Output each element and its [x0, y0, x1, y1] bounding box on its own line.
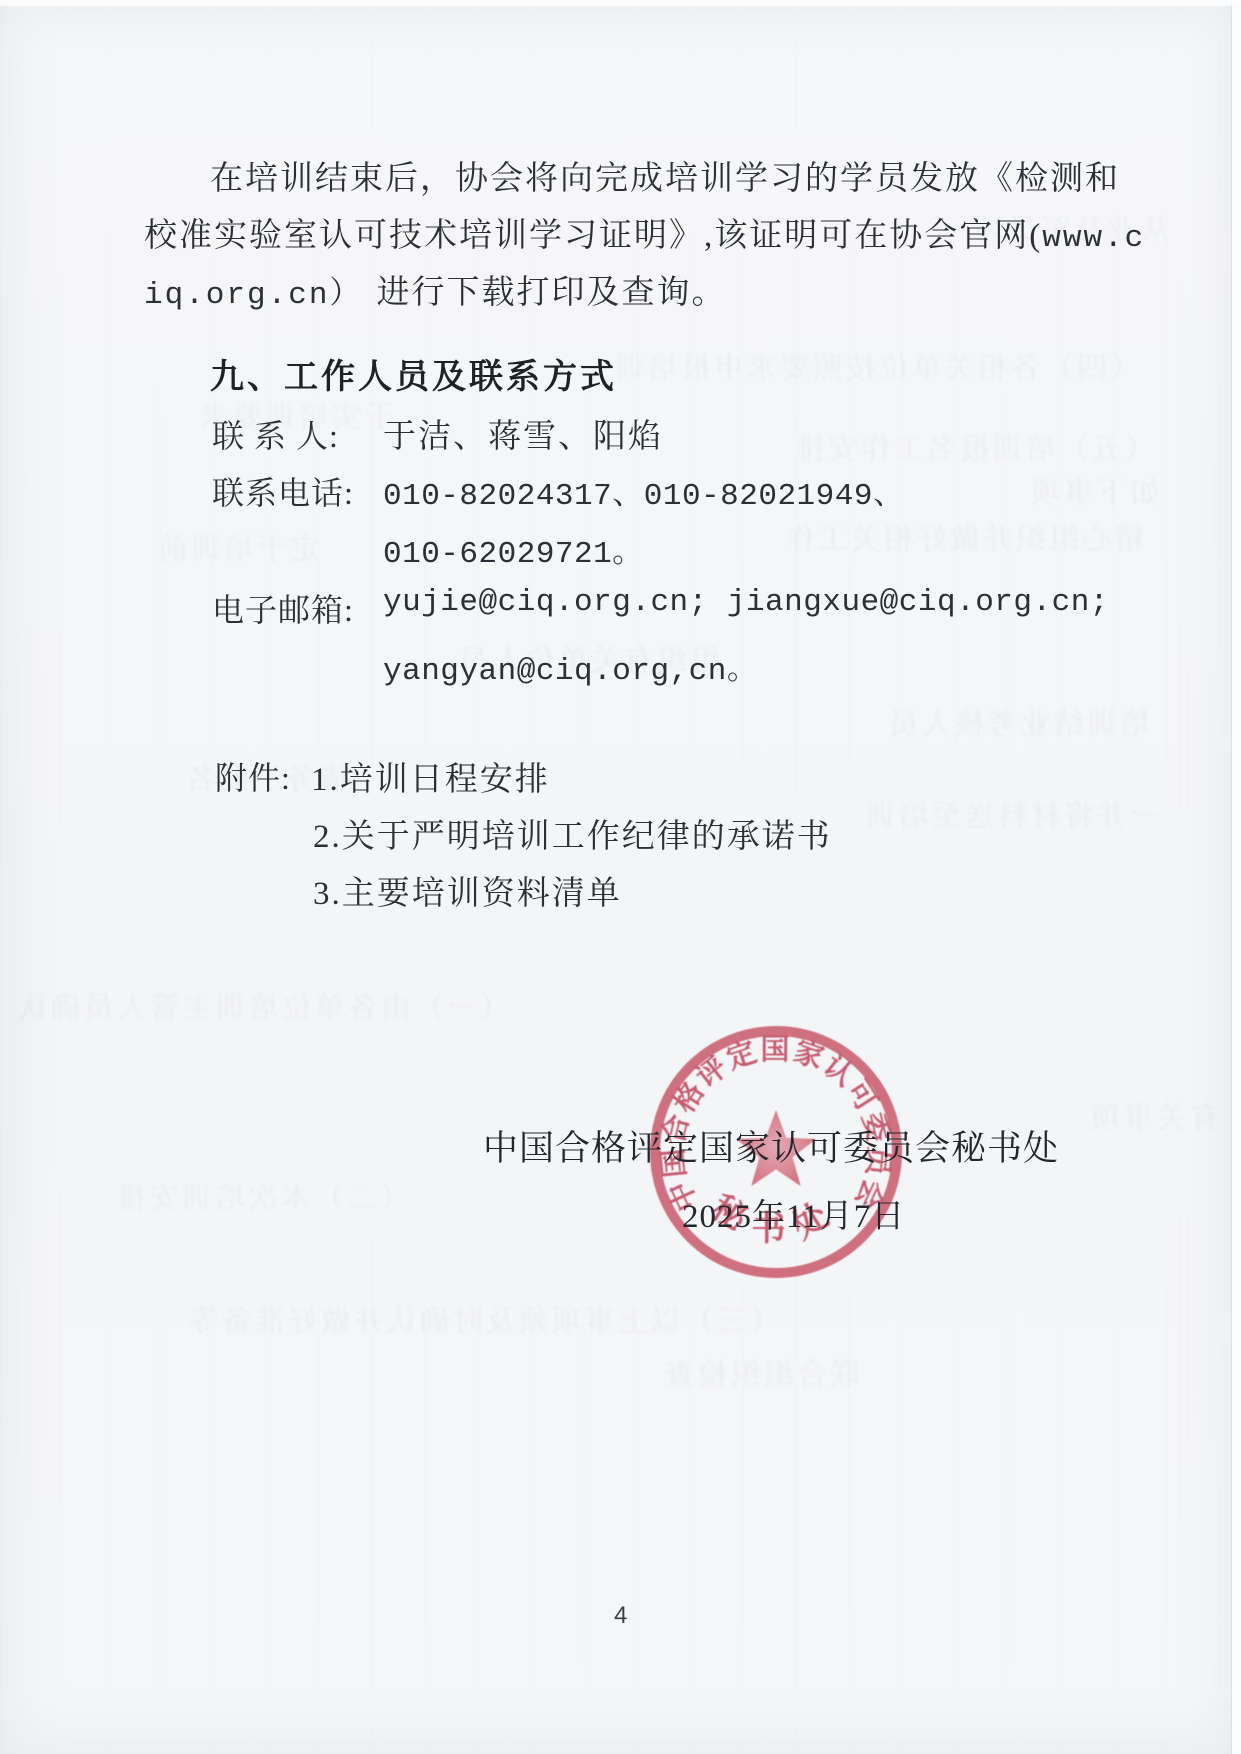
contact-email-value-line-1: yujie@ciq.org.cn; jiangxue@ciq.org.cn;	[383, 585, 1109, 620]
scan-paper-edge-top	[0, 0, 1241, 6]
signoff-date: 2025年11月7日	[682, 1190, 905, 1237]
bleedthrough-line: 如下事项	[960, 468, 1160, 512]
paragraph-line-3-text: 进行下载打印及查询。	[362, 275, 726, 311]
bleedthrough-line: 联合组织检查	[620, 1350, 860, 1394]
paragraph-line-2: 校准实验室认可技术培训学习证明》,该证明可在协会官网(www.c	[144, 220, 1145, 254]
contact-email-value-line-2: yangyan@ciq.org,cn。	[383, 643, 758, 689]
paragraph-line-3-url-fragment: iq.org.cn）	[144, 278, 362, 313]
scanned-document-page: 从业及军员场 （四）各相关单位按照要求申报培训 于实培训要求 （五）培训报名工作…	[0, 0, 1241, 1754]
bleedthrough-line: 培训结业考核人员	[850, 699, 1150, 743]
contact-person-label: 联 系 人:	[212, 411, 348, 457]
bleedthrough-line: （一）由各单位培训主管人员确认	[110, 983, 510, 1027]
attachment-item-2: 2.关于严明培训工作纪律的承诺书	[313, 810, 832, 857]
page-number: 4	[614, 1602, 627, 1630]
paragraph-line-2-text: 校准实验室认可技术培训学习证明》,该证明可在协会官网(	[144, 218, 1042, 254]
bleedthrough-line: 定于培训前	[90, 524, 320, 568]
paragraph-line-3: iq.org.cn）进行下载打印及查询。	[144, 277, 726, 311]
attachment-item-1: 1.培训日程安排	[311, 753, 550, 800]
scan-paper-edge	[1231, 0, 1241, 1754]
attachment-item-3: 3.主要培训资料清单	[313, 867, 622, 914]
contact-phone-label: 联系电话:	[212, 468, 363, 514]
paragraph-line-1: 在培训结束后，协会将向完成培训学习的学员发放《检测和	[210, 163, 1120, 196]
signoff-organization: 中国合格评定国家认可委员会秘书处	[483, 1121, 1059, 1171]
section-heading: 九、工作人员及联系方式	[210, 349, 617, 398]
attachments-label: 附件:	[215, 753, 300, 799]
contact-phone-value-line-1: 010-82024317、010-82021949、	[383, 468, 904, 514]
bleedthrough-line: （四）各相关单位按照要求申报培训	[660, 343, 1140, 387]
bleedthrough-line: 精心组织并做好相关工作	[815, 514, 1145, 558]
paragraph-line-2-url-fragment: www.c	[1042, 221, 1145, 256]
bleedthrough-line: （五）培训报名工作安排	[855, 424, 1155, 468]
bleedthrough-line: （二）本次培训安排	[120, 1173, 410, 1217]
bleedthrough-line: （三）以上事项须及时确认并做好准备等	[320, 1296, 780, 1340]
contact-phone-value-line-2: 010-62029721。	[383, 526, 644, 572]
contact-email-label: 电子邮箱:	[212, 585, 363, 631]
contact-person-value: 于洁、蒋雪、阳焰	[383, 410, 663, 457]
bleedthrough-line: 一并将材料送至培训	[870, 791, 1160, 835]
